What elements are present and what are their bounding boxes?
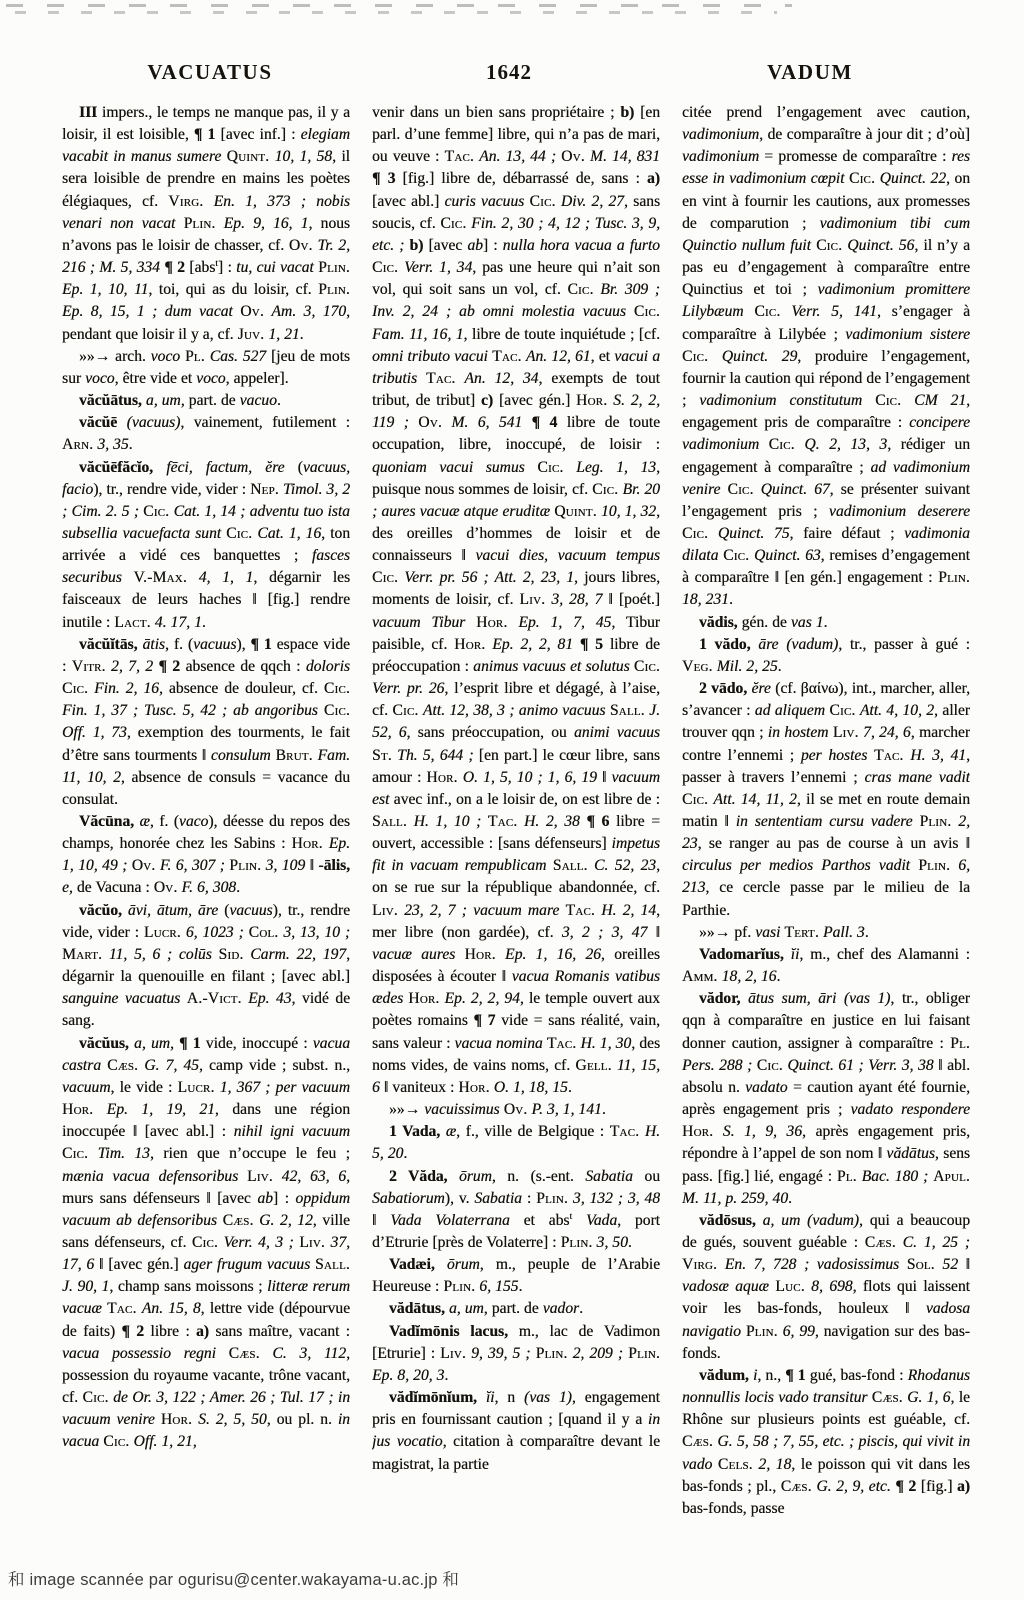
entry-paragraph: văcŭātus, a, um, part. de vacuo.	[62, 390, 350, 412]
header-left-keyword: VACUATUS	[147, 60, 272, 85]
entry-paragraph: 2 vādo, ĕre (cf. βαίνω), int., marcher, …	[682, 678, 970, 922]
entry-paragraph: vădōsus, a, um (vadum), qui a beaucoup d…	[682, 1210, 970, 1365]
entry-paragraph: III impers., le temps ne manque pas, il …	[62, 102, 350, 346]
entry-paragraph: vădātus, a, um, part. de vador.	[372, 1298, 660, 1320]
entry-paragraph: vădum, i, n., ¶ 1 gué, bas-fond : Rhodan…	[682, 1365, 970, 1520]
entry-paragraph: 1 Vada, æ, f., ville de Belgique : Tac. …	[372, 1121, 660, 1165]
entry-paragraph: văcŭus, a, um, ¶ 1 vide, inoccupé : vacu…	[62, 1033, 350, 1454]
page-number: 1642	[486, 60, 532, 85]
scan-credit: 和 image scannée par ogurisu@center.wakay…	[8, 1566, 459, 1590]
entry-paragraph: văcŭē (vacuus), vainement, futilement : …	[62, 412, 350, 456]
entry-paragraph: văcŭo, āvi, ātum, āre (vacuus), tr., ren…	[62, 900, 350, 1033]
entry-paragraph: Văcūna, æ, f. (vaco), déesse du repos de…	[62, 811, 350, 900]
entry-paragraph: 1 vădo, āre (vadum), tr., passer à gué :…	[682, 634, 970, 678]
column-2: venir dans un bien sans propriétaire ; b…	[372, 102, 660, 1558]
column-3: citée prend l’engagement avec caution, v…	[682, 102, 970, 1558]
entry-continuation-paragraph: venir dans un bien sans propriétaire ; b…	[372, 102, 660, 1099]
entry-paragraph: Vadomarĭus, ĭi, m., chef des Alamanni : …	[682, 944, 970, 988]
column-1: III impers., le temps ne manque pas, il …	[62, 102, 350, 1558]
entry-paragraph: Vadæi, ōrum, m., peuple de l’Arabie Heur…	[372, 1254, 660, 1298]
entry-paragraph: »»→ pf. vasi Tert. Pall. 3.	[682, 922, 970, 944]
entry-paragraph: »»→ arch. voco Pl. Cas. 527 [jeu de mots…	[62, 346, 350, 390]
entry-paragraph: Vadĭmōnis lacus, m., lac de Vadimon [Etr…	[372, 1321, 660, 1387]
text-columns: III impers., le temps ne manque pas, il …	[62, 102, 970, 1558]
header-right-keyword: VADUM	[767, 60, 853, 85]
dictionary-page-scan: VACUATUS 1642 VADUM III impers., le temp…	[0, 0, 1024, 1600]
entry-paragraph: »»→ vacuissimus Ov. P. 3, 1, 141.	[372, 1099, 660, 1121]
entry-paragraph: vădis, gén. de vas 1.	[682, 612, 970, 634]
entry-paragraph: văcŭēfăcĭo, fēci, factum, ĕre (vacuus, f…	[62, 457, 350, 634]
entry-paragraph: văcŭĭtās, ātis, f. (vacuus), ¶ 1 espace …	[62, 634, 350, 811]
entry-paragraph: 2 Văda, ōrum, n. (s.-ent. Sabatia ou Sab…	[372, 1166, 660, 1255]
entry-continuation-paragraph: citée prend l’engagement avec caution, v…	[682, 102, 970, 612]
entry-paragraph: vădor, ātus sum, āri (vas 1), tr., oblig…	[682, 988, 970, 1210]
page-header: VACUATUS 1642 VADUM	[0, 60, 1024, 92]
entry-paragraph: vădĭmōnĭum, ĭi, n (vas 1), engagement pr…	[372, 1387, 660, 1476]
scan-artifact-top	[6, 4, 792, 16]
